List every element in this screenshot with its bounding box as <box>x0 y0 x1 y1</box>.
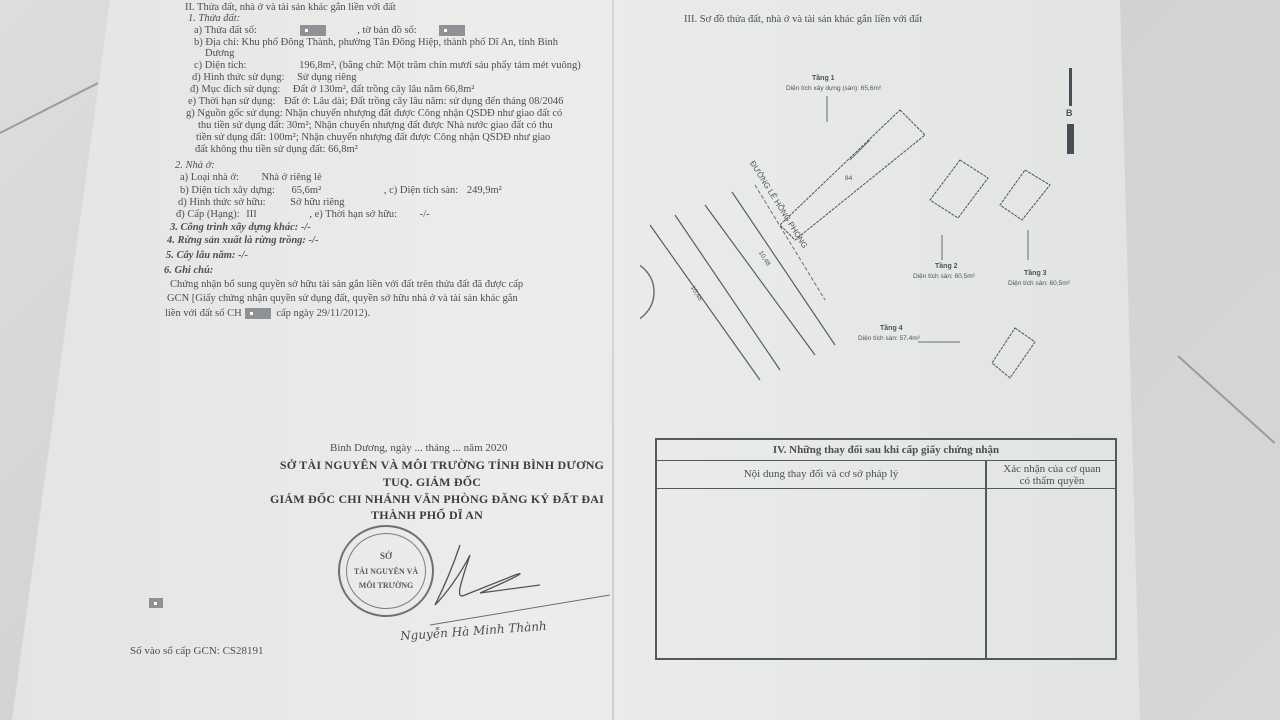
org-branch: GIÁM ĐỐC CHI NHÁNH VĂN PHÒNG ĐĂNG KÝ ĐẤT… <box>262 492 612 507</box>
changes-table-title-row: IV. Những thay đổi sau khi cấp giấy chứn… <box>657 440 1115 461</box>
floor3-area: Diện tích sàn: 60,5m² <box>1008 280 1070 287</box>
perennial-trees: 5. Cây lâu năm: -/- <box>166 250 248 262</box>
authority-header-line2: có thẩm quyền <box>987 475 1117 487</box>
column-divider <box>985 460 987 658</box>
floor4-area: Diện tích sàn: 57,4m² <box>858 335 920 342</box>
usage-form-value: Sử dụng riêng <box>297 72 356 83</box>
parcel-label: a) Thửa đất số: <box>194 25 257 36</box>
authority-header-line1: Xác nhận của cơ quan <box>987 463 1117 475</box>
land-area: c) Diện tích: 196,8m², (bằng chữ: Một tr… <box>194 60 581 72</box>
grade-label: đ) Cấp (Hạng): <box>176 209 240 220</box>
house-type: a) Loại nhà ở: Nhà ở riêng lẻ <box>180 172 322 184</box>
term-label: e) Thời hạn sử dụng: <box>188 96 275 107</box>
house-grade: đ) Cấp (Hạng): III , e) Thời hạn sở hữu:… <box>176 209 430 221</box>
term-value: Đất ở: Lâu dài; Đất trồng cây lâu năm: s… <box>284 96 563 107</box>
registry-number: Số vào sổ cấp GCN: CS28191 <box>130 645 264 657</box>
build-area-label: b) Diện tích xây dựng: <box>180 185 275 196</box>
notes-cert-prefix: liền với đất số CH <box>165 308 242 319</box>
area-value: 196,8m², (bằng chữ: Một trăm chín mươi s… <box>299 60 581 71</box>
planted-forest: 4. Rừng sản xuất là rừng trồng: -/- <box>167 235 318 247</box>
land-usage-form: d) Hình thức sử dụng: Sử dụng riêng <box>192 72 356 84</box>
place-date: Bình Dương, ngày ... tháng ... năm 2020 <box>330 442 507 454</box>
land-address: b) Địa chỉ: Khu phố Đông Thành, phường T… <box>194 37 558 49</box>
land-purpose: đ) Mục đích sử dụng: Đất ở 130m², đất tr… <box>190 84 474 96</box>
stamp-text: TÀI NGUYÊN VÀ <box>340 567 432 576</box>
house-type-label: a) Loại nhà ở: <box>180 172 239 183</box>
build-area-value: 65,6m² <box>292 185 322 196</box>
stamp-text: SỞ <box>340 551 432 561</box>
ownership-value: Sở hữu riêng <box>290 197 344 208</box>
area-label: c) Diện tích: <box>194 60 246 71</box>
notes-cert-date: cấp ngày 29/11/2012). <box>276 308 370 319</box>
grade-value: III <box>246 209 257 220</box>
redacted-box <box>439 25 465 36</box>
land-heading: 1. Thửa đất: <box>188 13 240 25</box>
house-type-value: Nhà ở riêng lẻ <box>262 172 322 183</box>
notes-heading: 6. Ghi chú: <box>164 265 213 277</box>
org-authority: TUQ. GIÁM ĐỐC <box>272 475 592 490</box>
purpose-value: Đất ở 130m², đất trồng cây lâu năm 66,8m… <box>293 84 475 95</box>
house-ownership: d) Hình thức sở hữu: Sở hữu riêng <box>178 197 345 209</box>
ownership-label: d) Hình thức sở hữu: <box>178 197 266 208</box>
north-arrow-icon: B <box>1066 68 1076 158</box>
land-origin-line2: thu tiền sử dụng đất: 30m²; Nhận chuyển … <box>198 120 553 132</box>
column-header-authority: Xác nhận của cơ quan có thẩm quyền <box>987 463 1117 487</box>
diagram-section-heading: III. Sơ đồ thửa đất, nhà ở và tài sản kh… <box>684 14 922 26</box>
land-origin-line3: tiền sử dụng đất: 100m²; Nhận chuyển như… <box>196 132 550 144</box>
changes-table-title: IV. Những thay đổi sau khi cấp giấy chứn… <box>657 444 1115 456</box>
floor-area-value: 249,9m² <box>467 185 502 196</box>
land-origin-line4: đất không thu tiền sử dụng đất: 66,8m² <box>195 144 358 156</box>
house-heading: 2. Nhà ở: <box>175 160 215 172</box>
redacted-box <box>245 308 271 319</box>
parcel-diagram <box>640 60 1080 400</box>
floor-area-label: , c) Diện tích sàn: <box>384 185 458 196</box>
floor2-area: Diện tích sàn: 60,5m² <box>913 273 975 280</box>
changes-table: IV. Những thay đổi sau khi cấp giấy chứn… <box>655 438 1117 660</box>
stamp-text: MÔI TRƯỜNG <box>340 581 432 590</box>
lot-number: 84 <box>845 175 852 182</box>
notes-line1: Chứng nhận bổ sung quyền sở hữu tài sản … <box>170 279 523 291</box>
redacted-box <box>300 25 326 36</box>
floor3-label: Tầng 3 <box>1024 270 1047 277</box>
org-name: SỞ TÀI NGUYÊN VÀ MÔI TRƯỜNG TỈNH BÌNH DƯ… <box>272 458 612 473</box>
land-origin-line1: g) Nguồn gốc sử dụng: Nhận chuyển nhượng… <box>186 108 562 120</box>
purpose-label: đ) Mục đích sử dụng: <box>190 84 280 95</box>
floor2-label: Tầng 2 <box>935 263 958 270</box>
house-build-area: b) Diện tích xây dựng: 65,6m² , c) Diện … <box>180 185 502 197</box>
map-sheet-label: , tờ bản đồ số: <box>357 25 417 36</box>
land-address-cont: Dương <box>205 48 234 60</box>
land-parcel-number: a) Thửa đất số: , tờ bản đồ số: <box>194 25 468 37</box>
north-label: B <box>1066 108 1073 118</box>
ownership-term-value: -/- <box>420 209 430 220</box>
column-header-change-content: Nội dung thay đổi và cơ sở pháp lý <box>657 468 985 480</box>
floor4-label: Tầng 4 <box>880 325 903 332</box>
usage-form-label: d) Hình thức sử dụng: <box>192 72 284 83</box>
other-construction: 3. Công trình xây dựng khác: -/- <box>170 222 311 234</box>
notes-line3: liền với đất số CH cấp ngày 29/11/2012). <box>165 308 370 320</box>
land-term: e) Thời hạn sử dụng: Đất ở: Lâu dài; Đất… <box>188 96 563 108</box>
changes-table-header-row: Nội dung thay đổi và cơ sở pháp lý Xác n… <box>657 460 1115 489</box>
redacted-box <box>149 598 163 608</box>
ownership-term-label: , e) Thời hạn sở hữu: <box>309 209 397 220</box>
notes-line2: GCN [Giấy chứng nhận quyền sử dụng đất, … <box>167 293 518 305</box>
org-city: THÀNH PHỐ DĨ AN <box>292 508 562 523</box>
